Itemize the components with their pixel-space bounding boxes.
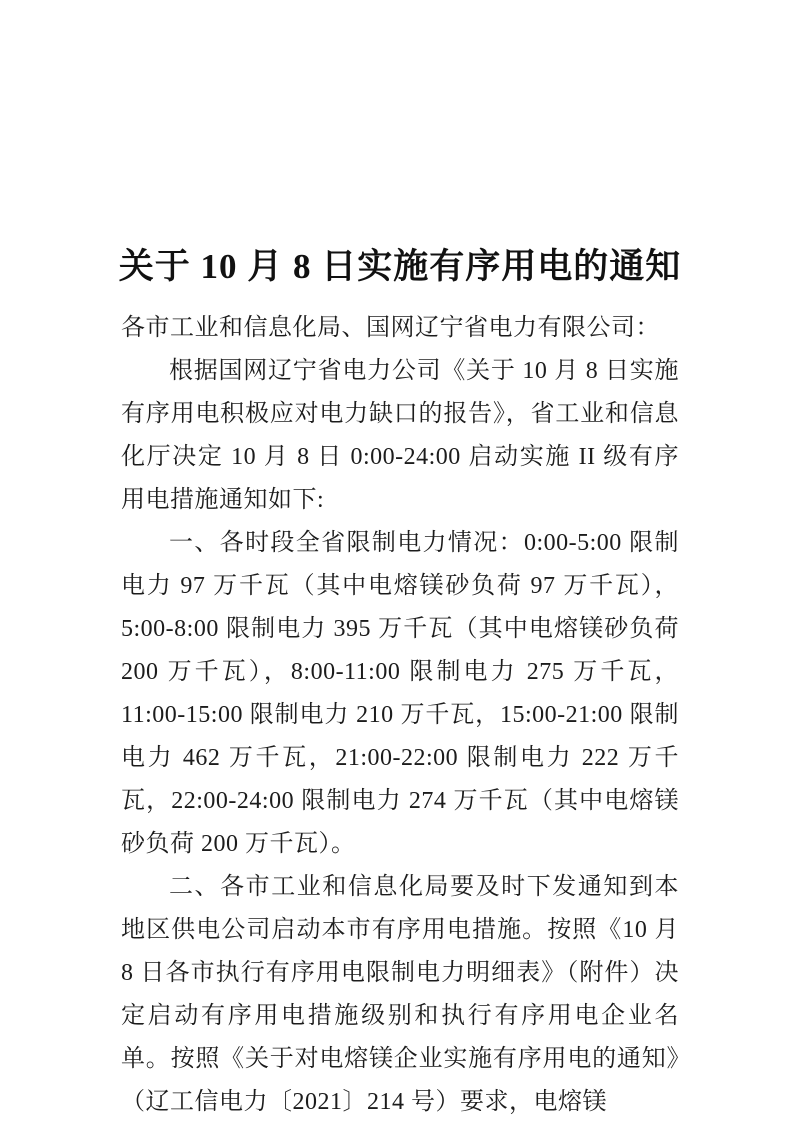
- document-page: 关于 10 月 8 日实施有序用电的通知 各市工业和信息化局、国网辽宁省电力有限…: [0, 0, 800, 1131]
- document-body: 各市工业和信息化局、国网辽宁省电力有限公司： 根据国网辽宁省电力公司《关于 10…: [121, 307, 679, 1124]
- salutation-line: 各市工业和信息化局、国网辽宁省电力有限公司：: [121, 307, 679, 350]
- document-title: 关于 10 月 8 日实施有序用电的通知: [0, 243, 800, 291]
- paragraph-intro: 根据国网辽宁省电力公司《关于 10 月 8 日实施有序用电积极应对电力缺口的报告…: [121, 350, 679, 522]
- paragraph-item-1: 一、各时段全省限制电力情况：0:00-5:00 限制电力 97 万千瓦（其中电熔…: [121, 522, 679, 866]
- paragraph-item-2: 二、各市工业和信息化局要及时下发通知到本地区供电公司启动本市有序用电措施。按照《…: [121, 866, 679, 1124]
